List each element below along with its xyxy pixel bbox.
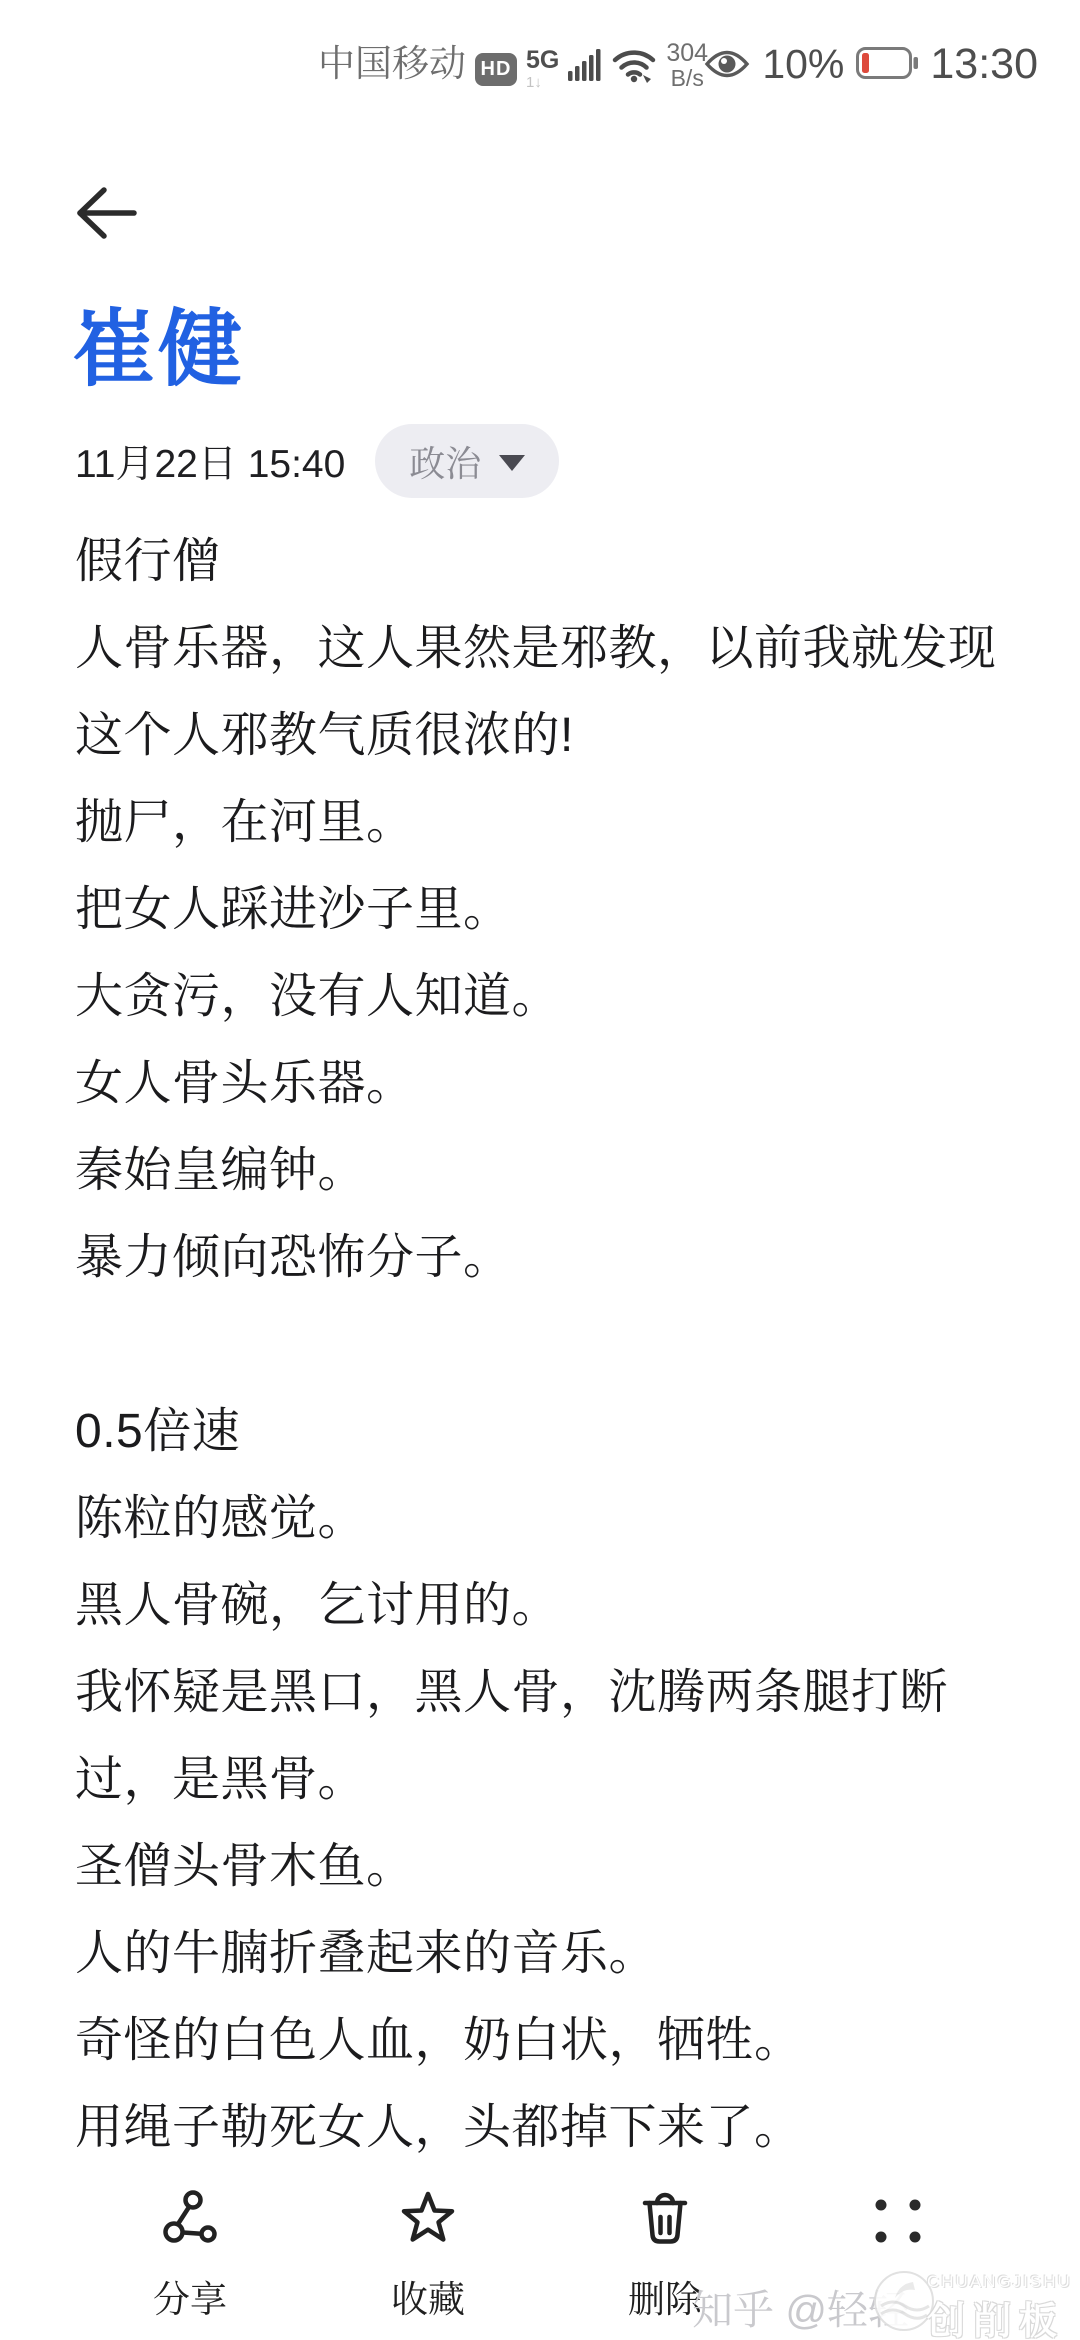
trash-icon — [637, 2190, 693, 2251]
creator-watermark-latin: CHUANGJISHU — [927, 2272, 1072, 2292]
network-speed-value: 304 — [666, 40, 708, 66]
carrier-name: 中国移动 — [318, 36, 466, 92]
star-icon — [399, 2190, 457, 2251]
battery-percent: 10% — [762, 41, 844, 88]
note-line: 把女人踩进沙子里。 — [75, 866, 1013, 953]
creator-watermark-logo-icon — [873, 2270, 935, 2337]
note-line: 人骨乐器，这人果然是邪教，以前我就发现这个人邪教气质很浓的! — [75, 605, 1013, 779]
note-date: 11月22日 15:40 — [75, 433, 345, 489]
category-tag-label: 政治 — [409, 436, 481, 487]
status-bar: 中国移动 HD 5G 1↓ — [0, 36, 1080, 96]
note-detail-screen: 中国移动 HD 5G 1↓ — [0, 0, 1080, 2340]
note-line: 圣僧头骨木鱼。 — [75, 1823, 1013, 1910]
note-body[interactable]: 假行僧 人骨乐器，这人果然是邪教，以前我就发现这个人邪教气质很浓的! 抛尸，在河… — [75, 518, 1013, 2171]
favorite-label: 收藏 — [391, 2269, 465, 2323]
note-line: 用绳子勒死女人，头都掉下来了。 — [75, 2084, 1013, 2171]
more-dots-icon — [874, 2198, 922, 2251]
wifi-icon — [611, 45, 657, 88]
favorite-button[interactable]: 收藏 — [391, 2190, 465, 2323]
network-speed: 304 B/s — [666, 40, 708, 90]
battery-icon — [856, 47, 918, 84]
note-line: 奇怪的白色人血，奶白状，牺牲。 — [75, 1997, 1013, 2084]
share-icon — [162, 2190, 218, 2251]
creator-watermark: CHUANGJISHU 创削板 — [865, 2250, 1080, 2340]
note-line: 人的牛腩折叠起来的音乐。 — [75, 1910, 1013, 1997]
creator-watermark-cjk: 创削板 — [927, 2290, 1065, 2340]
clock-time: 13:30 — [930, 40, 1038, 89]
delete-label: 删除 — [628, 2269, 702, 2323]
signal-strength-icon — [568, 49, 602, 86]
network-speed-unit: B/s — [671, 66, 704, 90]
note-line: 抛尸，在河里。 — [75, 779, 1013, 866]
note-line: 黑人骨碗，乞讨用的。 — [75, 1562, 1013, 1649]
note-line: 0.5倍速 — [75, 1388, 1013, 1475]
network-type-label: 5G — [526, 48, 559, 73]
status-right-group: 10% 13:30 — [704, 36, 1038, 92]
note-line: 假行僧 — [75, 518, 1013, 605]
sim-indicator: 1↓ — [526, 75, 542, 90]
note-line: 陈粒的感觉。 — [75, 1475, 1013, 1562]
chevron-down-icon — [499, 455, 525, 471]
note-line: 女人骨头乐器。 — [75, 1040, 1013, 1127]
note-line: 大贪污，没有人知道。 — [75, 953, 1013, 1040]
note-line: 我怀疑是黑口，黑人骨，沈腾两条腿打断过，是黑骨。 — [75, 1649, 1013, 1823]
network-type-indicator: 5G 1↓ — [526, 48, 559, 90]
note-line: 暴力倾向恐怖分子。 — [75, 1214, 1013, 1301]
eye-comfort-icon — [704, 48, 750, 85]
back-button[interactable] — [70, 180, 142, 246]
status-left-group: 中国移动 HD 5G 1↓ — [318, 36, 708, 92]
note-line: 秦始皇编钟。 — [75, 1127, 1013, 1214]
share-label: 分享 — [153, 2269, 227, 2323]
more-button[interactable] — [874, 2190, 922, 2251]
share-button[interactable]: 分享 — [153, 2190, 227, 2323]
note-meta-row: 11月22日 15:40 政治 — [75, 424, 559, 498]
volte-hd-icon: HD — [475, 53, 517, 86]
note-line-blank — [75, 1301, 1013, 1388]
delete-button[interactable]: 删除 — [628, 2190, 702, 2323]
note-title[interactable]: 崔健 — [72, 282, 244, 403]
category-tag-selector[interactable]: 政治 — [375, 424, 559, 498]
